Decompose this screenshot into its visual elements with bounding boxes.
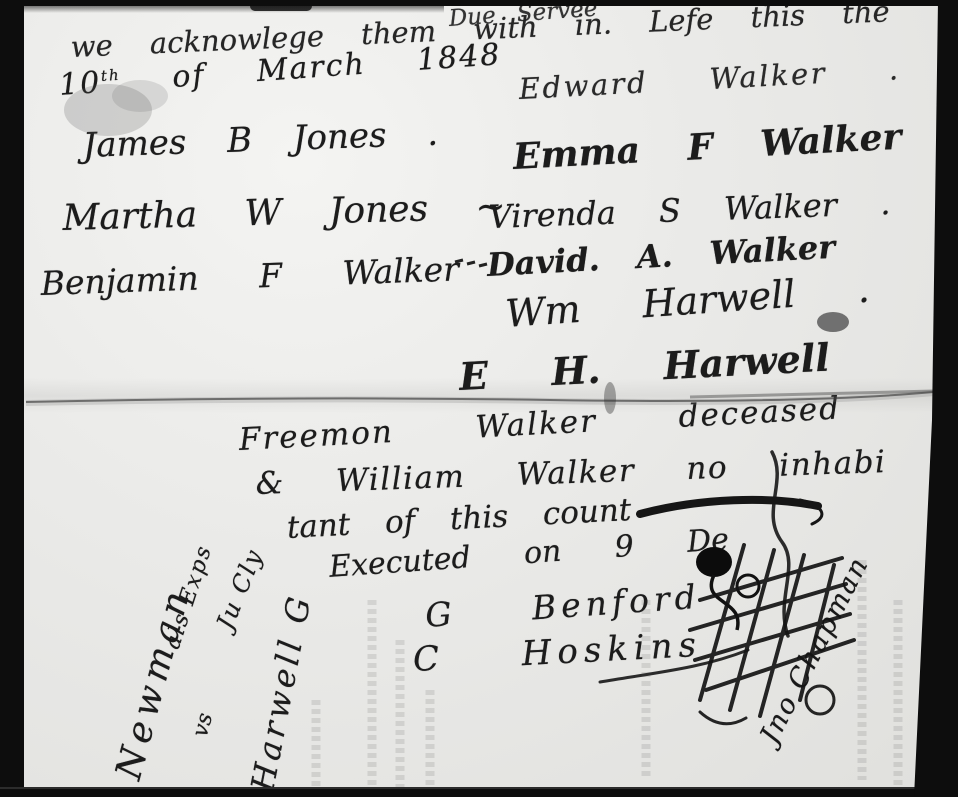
scan-edge-right — [0, 0, 958, 797]
document-scan: Due Servee we acknowlege them with in. L… — [0, 0, 958, 797]
